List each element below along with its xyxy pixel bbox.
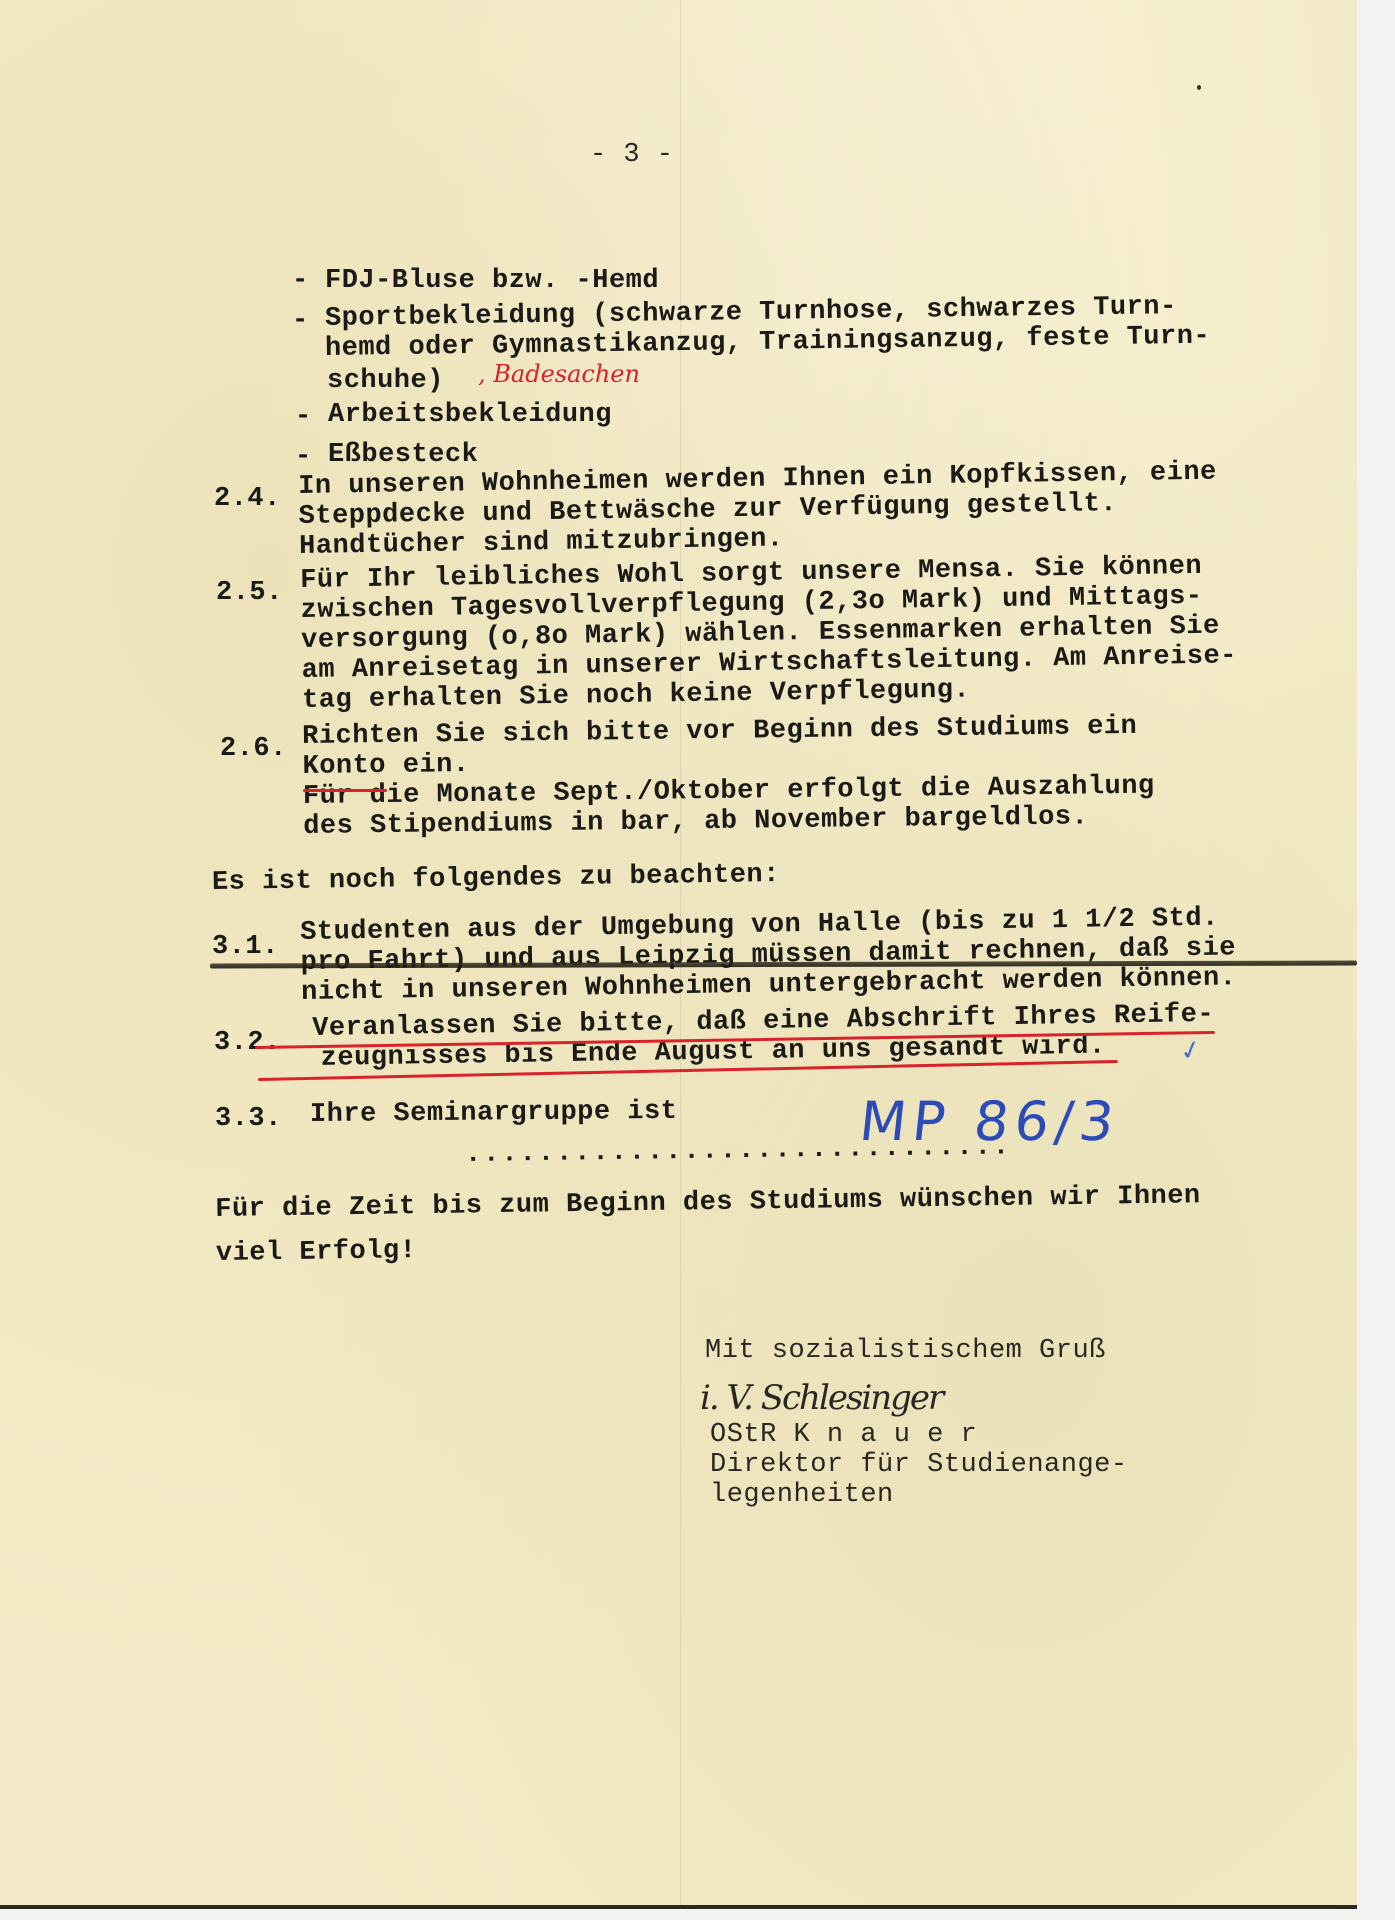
handwritten-seminar-group: MP 86/3	[857, 1090, 1123, 1153]
red-underline-konto	[303, 789, 387, 792]
section-number: 2.5.	[216, 578, 283, 608]
signer-title-cont: legenheiten	[710, 1480, 894, 1510]
section-2-4: In unseren Wohnheimen werden Ihnen ein K…	[298, 458, 1218, 562]
page-number: - 3 -	[590, 140, 674, 170]
bullet-item-cont: schuhe)	[327, 366, 444, 396]
section-2-5: Für Ihr leibliches Wohl sorgt unsere Men…	[300, 551, 1238, 716]
bullet-marker: -	[292, 306, 309, 336]
signer-name: OStR K n a u e r	[710, 1420, 977, 1450]
paper-sheet: - 3 - - FDJ-Bluse bzw. -Hemd - Sportbekl…	[0, 0, 1357, 1909]
bullet-item: Arbeitsbekleidung	[328, 400, 612, 430]
note-3-1: Studenten aus der Umgebung von Halle (bi…	[300, 903, 1237, 1008]
note-number: 3.2.	[214, 1028, 281, 1058]
section-number: 2.6.	[220, 734, 287, 764]
ink-speck	[1197, 85, 1201, 90]
bullet-marker: -	[292, 266, 309, 296]
note-number: 3.1.	[212, 932, 279, 962]
section-number: 2.4.	[214, 484, 281, 514]
bullet-marker: -	[295, 402, 312, 432]
handwritten-signature: i. V. Schlesinger	[700, 1378, 942, 1418]
note-line: Ihre Seminargruppe ist	[310, 1097, 678, 1130]
handwritten-red-note: , Badesachen	[478, 360, 640, 388]
note-number: 3.3.	[215, 1104, 282, 1134]
bullet-marker: -	[295, 442, 312, 472]
bullet-item: FDJ-Bluse bzw. -Hemd	[325, 266, 659, 296]
salutation: Mit sozialistischem Gruß	[705, 1336, 1106, 1366]
signer-title: Direktor für Studienange-	[710, 1450, 1128, 1480]
section-2-6: Richten Sie sich bitte vor Beginn des St…	[302, 712, 1155, 842]
notes-heading: Es ist noch folgendes zu beachten:	[212, 860, 780, 898]
closing-wish: Für die Zeit bis zum Beginn des Studiums…	[215, 1174, 1202, 1276]
bullet-item: Eßbesteck	[328, 440, 478, 470]
